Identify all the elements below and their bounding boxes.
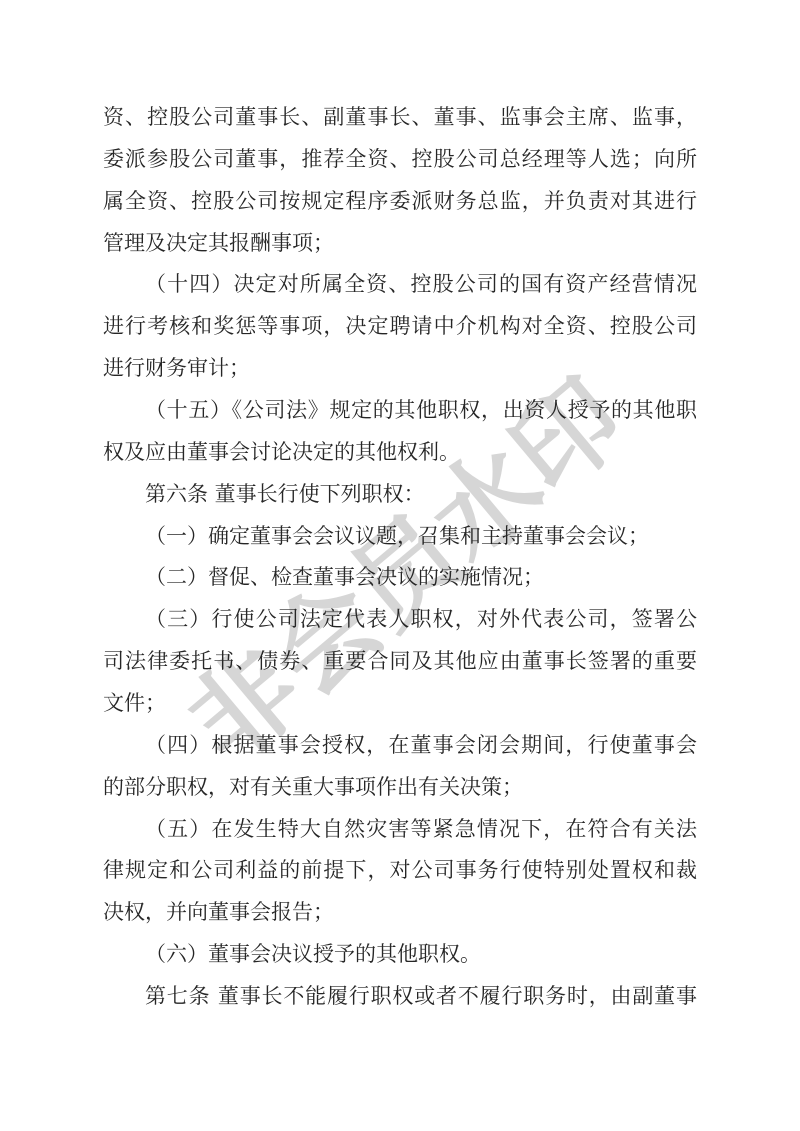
document-line: 委派参股公司董事，推荐全资、控股公司总经理等人选；向所 bbox=[103, 139, 697, 181]
document-page: 非会员水印 资、控股公司董事长、副董事长、董事、监事会主席、监事，委派参股公司董… bbox=[0, 0, 800, 1131]
document-line: 决权，并向董事会报告； bbox=[103, 892, 697, 934]
document-line: （三）行使公司法定代表人职权，对外代表公司，签署公 bbox=[103, 599, 697, 641]
document-body: 资、控股公司董事长、副董事长、董事、监事会主席、监事，委派参股公司董事，推荐全资… bbox=[103, 97, 697, 1018]
document-line: （四）根据董事会授权，在董事会闭会期间，行使董事会 bbox=[103, 725, 697, 767]
document-line: 第七条 董事长不能履行职权或者不履行职务时，由副董事 bbox=[103, 976, 697, 1018]
document-line: 的部分职权，对有关重大事项作出有关决策； bbox=[103, 767, 697, 809]
document-line: 第六条 董事长行使下列职权： bbox=[103, 474, 697, 516]
document-line: （一）确定董事会会议议题，召集和主持董事会会议； bbox=[103, 516, 697, 558]
document-line: （十五）《公司法》规定的其他职权，出资人授予的其他职 bbox=[103, 390, 697, 432]
document-line: 律规定和公司利益的前提下，对公司事务行使特别处置权和裁 bbox=[103, 850, 697, 892]
document-line: 司法律委托书、债券、重要合同及其他应由董事长签署的重要 bbox=[103, 641, 697, 683]
document-line: 文件； bbox=[103, 683, 697, 725]
document-line: 进行考核和奖惩等事项，决定聘请中介机构对全资、控股公司 bbox=[103, 306, 697, 348]
document-line: 进行财务审计； bbox=[103, 348, 697, 390]
document-line: （五）在发生特大自然灾害等紧急情况下，在符合有关法 bbox=[103, 809, 697, 851]
document-line: （二）督促、检查董事会决议的实施情况； bbox=[103, 557, 697, 599]
document-line: 管理及决定其报酬事项； bbox=[103, 223, 697, 265]
document-line: （六）董事会决议授予的其他职权。 bbox=[103, 934, 697, 976]
document-line: 资、控股公司董事长、副董事长、董事、监事会主席、监事， bbox=[103, 97, 697, 139]
document-line: 权及应由董事会讨论决定的其他权利。 bbox=[103, 432, 697, 474]
document-line: （十四）决定对所属全资、控股公司的国有资产经营情况 bbox=[103, 264, 697, 306]
document-line: 属全资、控股公司按规定程序委派财务总监，并负责对其进行 bbox=[103, 181, 697, 223]
